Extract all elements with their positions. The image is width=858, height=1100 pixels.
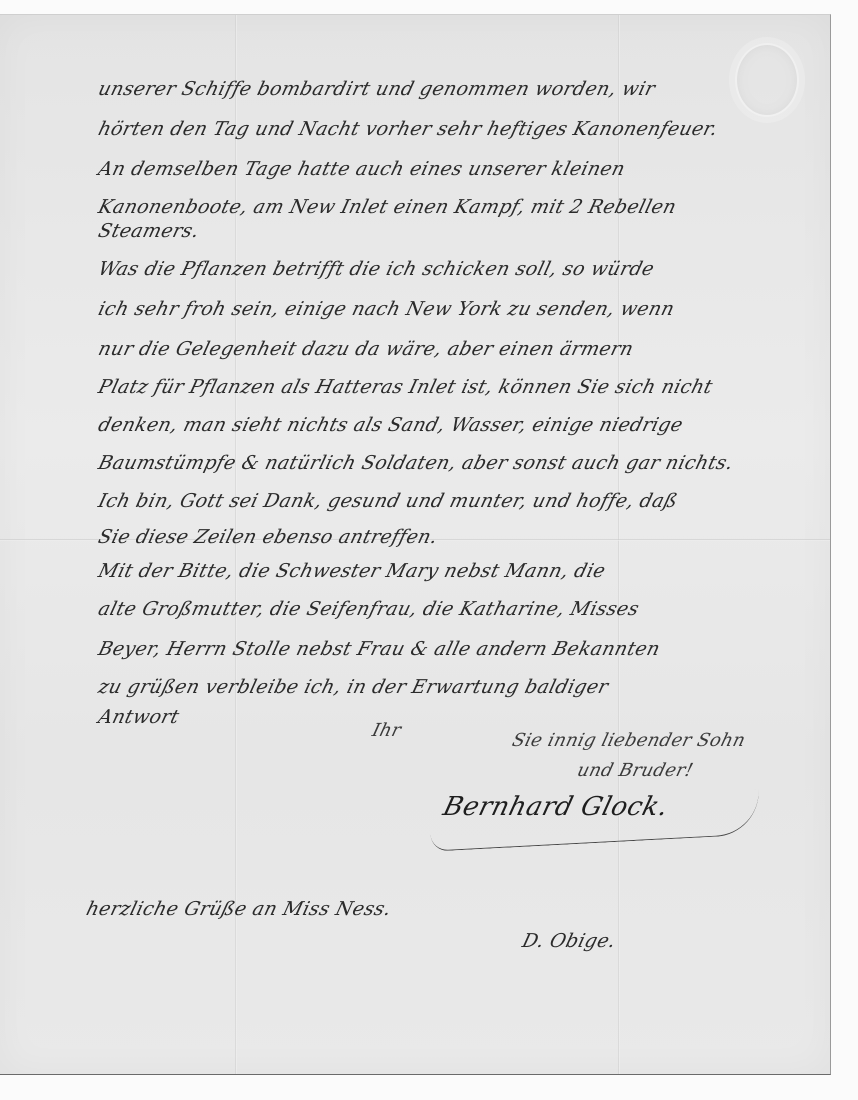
letter-line: Was die Pflanzen betrifft die ich schick… bbox=[96, 258, 821, 280]
closing-line: Sie innig liebender Sohn bbox=[510, 730, 748, 751]
letter-line: Antwort bbox=[96, 706, 821, 728]
postscript-text: herzliche Grüße an Miss Ness. bbox=[84, 898, 394, 920]
letter-line: Mit der Bitte, die Schwester Mary nebst … bbox=[96, 560, 821, 582]
closing-salutation: Ihr bbox=[370, 720, 403, 741]
letter-line: Steamers. bbox=[96, 220, 821, 242]
letter-line: alte Großmutter, die Seifenfrau, die Kat… bbox=[96, 598, 821, 620]
letter-line: zu grüßen verbleibe ich, in der Erwartun… bbox=[96, 676, 821, 698]
letter-line: ich sehr froh sein, einige nach New York… bbox=[96, 298, 821, 320]
letter-line: An demselben Tage hatte auch eines unser… bbox=[96, 158, 821, 180]
letter-line: Sie diese Zeilen ebenso antreffen. bbox=[96, 526, 821, 548]
postscript-initials: D. Obige. bbox=[520, 930, 618, 952]
closing-line: und Bruder! bbox=[575, 760, 695, 781]
letter-line: hörten den Tag und Nacht vorher sehr hef… bbox=[96, 118, 821, 140]
letter-line: Ich bin, Gott sei Dank, gesund und munte… bbox=[96, 490, 821, 512]
letter-line: Platz für Pflanzen als Hatteras Inlet is… bbox=[96, 376, 821, 398]
letter-line: denken, man sieht nichts als Sand, Wasse… bbox=[96, 414, 821, 436]
letter-line: Baumstümpfe & natürlich Soldaten, aber s… bbox=[96, 452, 821, 474]
letter-line: nur die Gelegenheit dazu da wäre, aber e… bbox=[96, 338, 821, 360]
letter-line: unserer Schiffe bombardirt und genommen … bbox=[96, 78, 821, 100]
letter-line: Beyer, Herrn Stolle nebst Frau & alle an… bbox=[96, 638, 821, 660]
letter-line: Kanonenboote, am New Inlet einen Kampf, … bbox=[96, 196, 821, 218]
